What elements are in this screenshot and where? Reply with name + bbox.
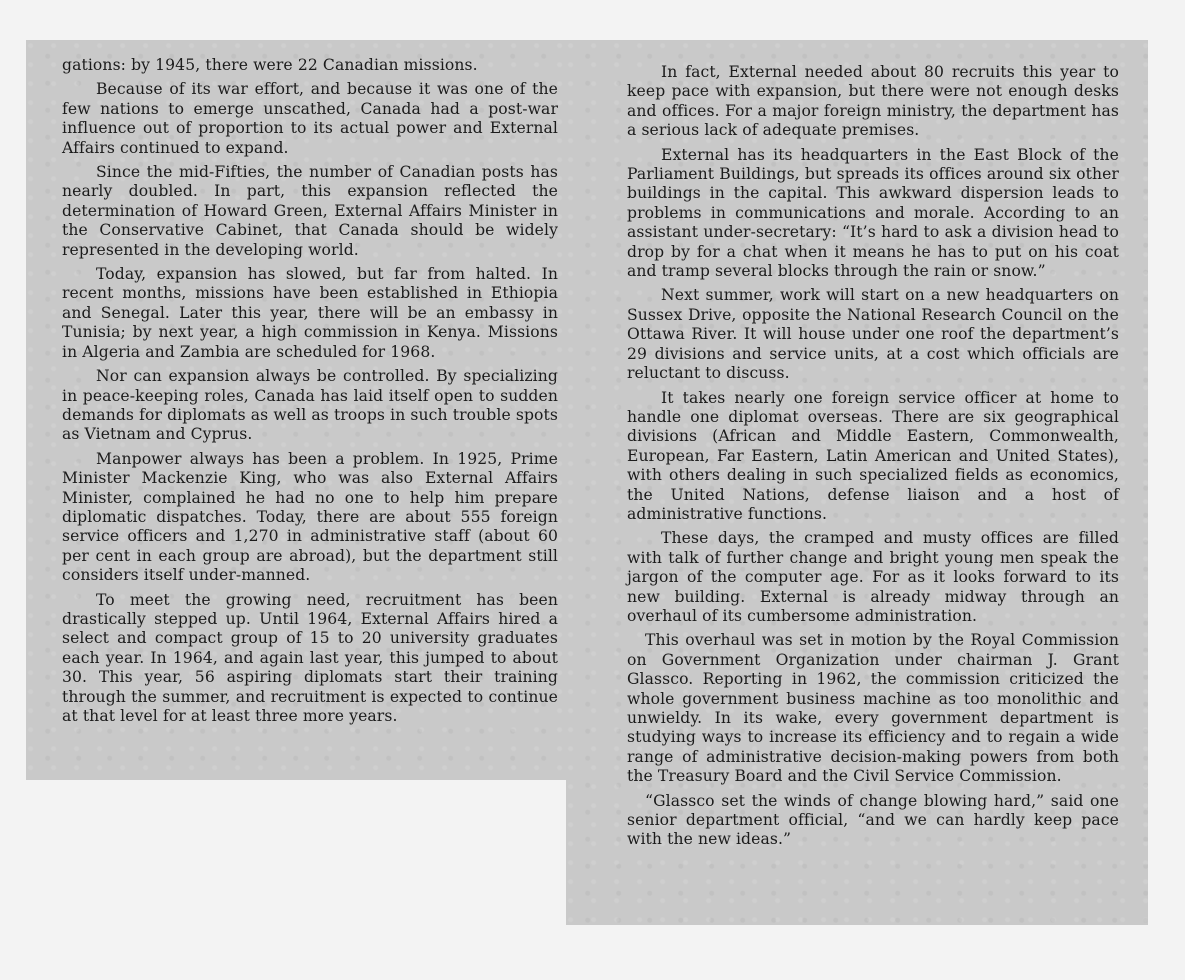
paragraph: Because of its war effort, and because i… (62, 80, 558, 158)
paragraph: Today, expansion has slowed, but far fro… (62, 265, 558, 362)
paragraph: It takes nearly one foreign service offi… (627, 389, 1119, 525)
paragraph: Nor can expansion always be controlled. … (62, 367, 558, 445)
article-column-left: gations: by 1945, there were 22 Canadian… (62, 56, 558, 731)
paragraph: Manpower always has been a problem. In 1… (62, 450, 558, 586)
paragraph: “Glassco set the winds of change blowing… (627, 792, 1119, 850)
paragraph: In fact, External needed about 80 recrui… (627, 63, 1119, 141)
paragraph: Since the mid-Fifties, the number of Can… (62, 163, 558, 260)
paragraph: gations: by 1945, there were 22 Canadian… (62, 56, 558, 75)
paragraph: External has its headquarters in the Eas… (627, 146, 1119, 282)
paragraph: To meet the growing need, recruitment ha… (62, 591, 558, 727)
paragraph: Next summer, work will start on a new he… (627, 286, 1119, 383)
paragraph: These days, the cramped and musty office… (627, 529, 1119, 626)
paragraph: This overhaul was set in motion by the R… (627, 631, 1119, 786)
article-column-right: In fact, External needed about 80 recrui… (627, 63, 1119, 855)
